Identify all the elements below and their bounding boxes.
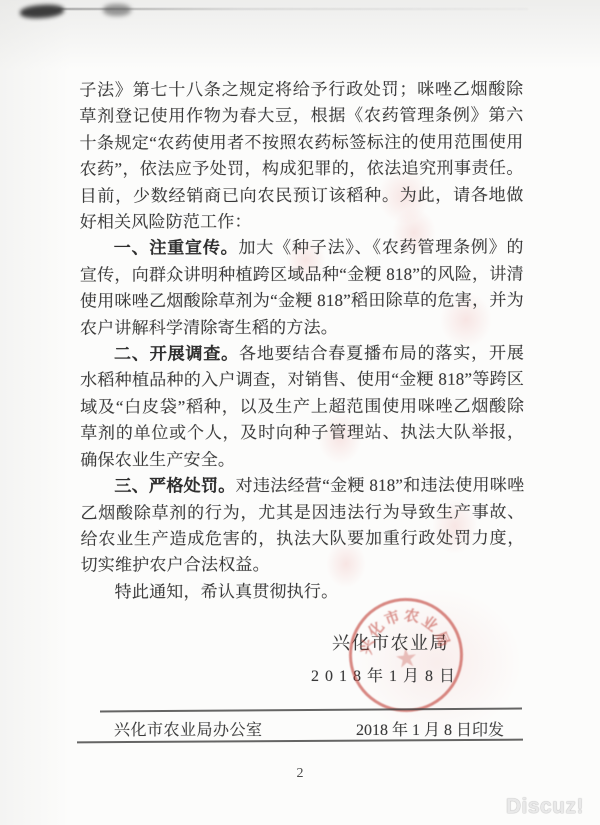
- document-body: 子法》第七十八条之规定将给予行政处罚；咪唑乙烟酸除草剂登记使用作物为春大豆，根据…: [79, 76, 524, 605]
- footer-print-date: 2018 年 1 月 8 日印发: [356, 717, 504, 740]
- paragraph-continuation: 子法》第七十八条之规定将给予行政处罚；咪唑乙烟酸除草剂登记使用作物为春大豆，根据…: [79, 76, 523, 236]
- seal-char: 农: [403, 604, 421, 627]
- scan-edge-line: [58, 8, 528, 10]
- scan-shading: [0, 0, 600, 70]
- seal-char: 兴: [355, 637, 379, 656]
- seal-star-icon: ★: [393, 643, 419, 675]
- section-heading: 一、注重宣传。: [114, 239, 239, 258]
- closing-line: 特此通知，希认真贯彻执行。: [81, 578, 525, 606]
- ink-smudge: [20, 3, 65, 19]
- footer-rule-top: [100, 708, 522, 713]
- footer-issuing-office: 兴化市农业局办公室: [114, 717, 263, 740]
- section-heading: 二、开展调查。: [114, 344, 239, 363]
- ink-smudge: [103, 4, 131, 16]
- section-heading: 三、严格处罚。: [114, 476, 235, 495]
- section-investigation: 二、开展调查。各地要结合春夏播布局的落实，开展水稻种植品种的入户调查，对销售、使…: [80, 340, 524, 473]
- section-punishment: 三、严格处罚。对违法经营“金粳 818”和违法使用咪唑乙烟酸除草剂的行为，尤其是…: [80, 473, 524, 580]
- scanned-document-page: 子法》第七十八条之规定将给予行政处罚；咪唑乙烟酸除草剂登记使用作物为春大豆，根据…: [0, 0, 600, 825]
- section-publicity: 一、注重宣传。加大《种子法》、《农药管理条例》的宣传，向群众讲明种植跨区域品种“…: [80, 235, 524, 342]
- page-number: 2: [0, 766, 600, 782]
- discuz-watermark: Discuz!: [506, 795, 584, 819]
- official-seal: ★ 兴化市农业局: [343, 592, 468, 717]
- scan-shading: [0, 0, 70, 825]
